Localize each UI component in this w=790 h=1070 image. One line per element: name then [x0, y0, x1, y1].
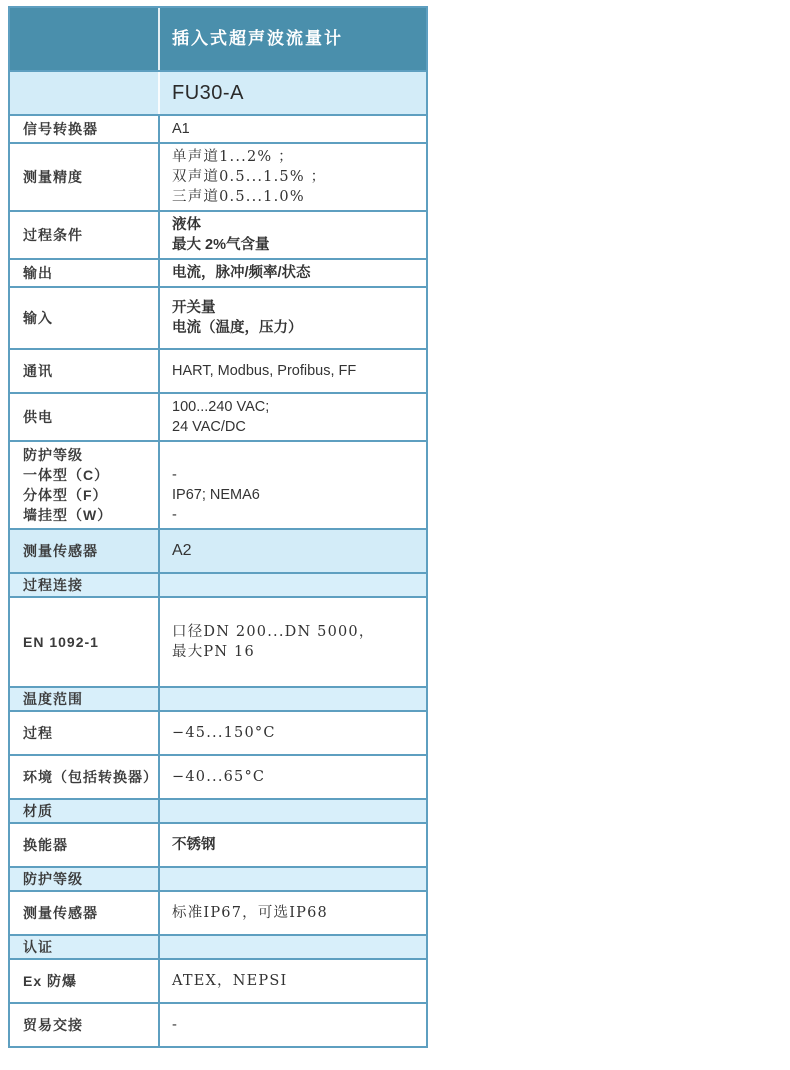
- row-label-line: 信号转换器: [23, 119, 154, 139]
- row-value: HART, Modbus, Profibus, FF: [160, 350, 426, 392]
- row-value-line: A1: [172, 119, 418, 139]
- row-label: 防护等级: [10, 868, 160, 890]
- row-label-line: 通讯: [23, 361, 154, 381]
- table-row: 输入 开关量电流（温度，压力）: [10, 286, 426, 348]
- table-row: EN 1092-1 口径DN 200...DN 5000，最大PN 16: [10, 596, 426, 686]
- row-label-line: 温度范围: [23, 689, 154, 709]
- row-label: EN 1092-1: [10, 598, 160, 686]
- row-value: −45...150°C: [160, 712, 426, 754]
- row-value-line: 24 VAC/DC: [172, 417, 418, 437]
- row-value-line: 液体: [172, 215, 418, 235]
- row-label-line: 防护等级: [23, 869, 154, 889]
- table-row: 供电 100...240 VAC;24 VAC/DC: [10, 392, 426, 440]
- row-label: [10, 72, 160, 114]
- row-value-line: [172, 445, 418, 465]
- row-value: A1: [160, 116, 426, 142]
- row-value-line: 电流（温度，压力）: [172, 318, 418, 338]
- row-value: 100...240 VAC;24 VAC/DC: [160, 394, 426, 440]
- row-label-line: 测量传感器: [23, 903, 154, 923]
- row-value: 标准IP67，可选IP68: [160, 892, 426, 934]
- row-value-line: −40...65°C: [172, 767, 418, 787]
- row-label-line: 防护等级: [23, 445, 154, 465]
- row-label-line: 过程: [23, 723, 154, 743]
- table-row: 信号转换器 A1: [10, 114, 426, 142]
- spec-table: 插入式超声波流量计 FU30-A 信号转换器 A1 测量精度 单声道1...2%…: [8, 6, 428, 1048]
- row-value: 插入式超声波流量计: [160, 8, 426, 70]
- table-row: 测量传感器 标准IP67，可选IP68: [10, 890, 426, 934]
- table-row: 环境（包括转换器） −40...65°C: [10, 754, 426, 798]
- row-value: [160, 800, 426, 822]
- row-value-line: 100...240 VAC;: [172, 397, 418, 417]
- table-row: 认证: [10, 934, 426, 958]
- row-label: 输入: [10, 288, 160, 348]
- row-value-line: ATEX，NEPSI: [172, 971, 418, 991]
- row-value-line: FU30-A: [172, 80, 418, 106]
- table-row: FU30-A: [10, 70, 426, 114]
- row-label-line: 过程连接: [23, 575, 154, 595]
- row-value-line: 插入式超声波流量计: [172, 27, 418, 51]
- row-label-line: 一体型（C）: [23, 465, 154, 485]
- row-label: 材质: [10, 800, 160, 822]
- row-value-line: 电流，脉冲/频率/状态: [172, 263, 418, 283]
- row-value: [160, 936, 426, 958]
- row-label-line: 输入: [23, 308, 154, 328]
- row-value-line: 开关量: [172, 298, 418, 318]
- row-label: Ex 防爆: [10, 960, 160, 1002]
- row-value: -: [160, 1004, 426, 1046]
- row-label: 过程: [10, 712, 160, 754]
- row-label-line: EN 1092-1: [23, 632, 154, 652]
- table-row: 过程条件 液体最大 2%气含量: [10, 210, 426, 258]
- row-value-line: -: [172, 465, 418, 485]
- row-value: A2: [160, 530, 426, 572]
- row-value: 不锈钢: [160, 824, 426, 866]
- row-value: 开关量电流（温度，压力）: [160, 288, 426, 348]
- row-value-line: 双声道0.5...1.5% ；: [172, 167, 418, 187]
- table-row: 防护等级: [10, 866, 426, 890]
- row-label-line: 输出: [23, 263, 154, 283]
- row-value-line: 最大PN 16: [172, 642, 418, 662]
- row-label-line: 过程条件: [23, 225, 154, 245]
- row-label-line: 换能器: [23, 835, 154, 855]
- row-value-line: 单声道1...2% ；: [172, 147, 418, 167]
- row-value: 液体最大 2%气含量: [160, 212, 426, 258]
- table-row: 材质: [10, 798, 426, 822]
- row-value-line: HART, Modbus, Profibus, FF: [172, 361, 418, 381]
- row-label: 温度范围: [10, 688, 160, 710]
- table-row: 贸易交接 -: [10, 1002, 426, 1046]
- row-value: 口径DN 200...DN 5000，最大PN 16: [160, 598, 426, 686]
- row-value-line: 不锈钢: [172, 835, 418, 855]
- row-label: 环境（包括转换器）: [10, 756, 160, 798]
- row-value-line: -: [172, 505, 418, 525]
- row-label-line: 墙挂型（W）: [23, 505, 154, 525]
- table-row: 测量精度 单声道1...2% ；双声道0.5...1.5% ；三声道0.5...…: [10, 142, 426, 210]
- table-row: 插入式超声波流量计: [10, 8, 426, 70]
- table-row: Ex 防爆 ATEX，NEPSI: [10, 958, 426, 1002]
- row-label-line: 环境（包括转换器）: [23, 767, 154, 787]
- row-label-line: 材质: [23, 801, 154, 821]
- row-label: 换能器: [10, 824, 160, 866]
- row-value-line: 最大 2%气含量: [172, 235, 418, 255]
- table-row: 温度范围: [10, 686, 426, 710]
- row-value-line: −45...150°C: [172, 723, 418, 743]
- row-value-line: 三声道0.5...1.0%: [172, 187, 418, 207]
- row-value: [160, 688, 426, 710]
- table-row: 输出 电流，脉冲/频率/状态: [10, 258, 426, 286]
- table-row: 换能器 不锈钢: [10, 822, 426, 866]
- table-row: 防护等级一体型（C）分体型（F）墙挂型（W） -IP67; NEMA6-: [10, 440, 426, 528]
- row-value: [160, 574, 426, 596]
- row-value: −40...65°C: [160, 756, 426, 798]
- row-value-line: IP67; NEMA6: [172, 485, 418, 505]
- row-label-line: 供电: [23, 407, 154, 427]
- row-label: 信号转换器: [10, 116, 160, 142]
- row-value: ATEX，NEPSI: [160, 960, 426, 1002]
- row-label: 通讯: [10, 350, 160, 392]
- row-label-line: 测量精度: [23, 167, 154, 187]
- row-label: 测量传感器: [10, 892, 160, 934]
- table-row: 通讯 HART, Modbus, Profibus, FF: [10, 348, 426, 392]
- row-label: 测量传感器: [10, 530, 160, 572]
- row-value-line: 标准IP67，可选IP68: [172, 903, 418, 923]
- row-label: 过程连接: [10, 574, 160, 596]
- row-value: -IP67; NEMA6-: [160, 442, 426, 528]
- table-row: 过程连接: [10, 572, 426, 596]
- row-value: 电流，脉冲/频率/状态: [160, 260, 426, 286]
- row-label-line: 认证: [23, 937, 154, 957]
- row-label: [10, 8, 160, 70]
- row-label: 供电: [10, 394, 160, 440]
- row-label: 测量精度: [10, 144, 160, 210]
- row-label: 过程条件: [10, 212, 160, 258]
- row-label-line: 分体型（F）: [23, 485, 154, 505]
- row-value: FU30-A: [160, 72, 426, 114]
- row-value: [160, 868, 426, 890]
- row-value-line: A2: [172, 541, 418, 561]
- row-value: 单声道1...2% ；双声道0.5...1.5% ；三声道0.5...1.0%: [160, 144, 426, 210]
- row-label-line: 测量传感器: [23, 541, 154, 561]
- row-label: 防护等级一体型（C）分体型（F）墙挂型（W）: [10, 442, 160, 528]
- row-value-line: -: [172, 1015, 418, 1035]
- row-label: 贸易交接: [10, 1004, 160, 1046]
- table-row: 过程 −45...150°C: [10, 710, 426, 754]
- row-value-line: 口径DN 200...DN 5000，: [172, 622, 418, 642]
- row-label: 认证: [10, 936, 160, 958]
- row-label: 输出: [10, 260, 160, 286]
- row-label-line: Ex 防爆: [23, 971, 154, 991]
- table-row: 测量传感器 A2: [10, 528, 426, 572]
- row-label-line: 贸易交接: [23, 1015, 154, 1035]
